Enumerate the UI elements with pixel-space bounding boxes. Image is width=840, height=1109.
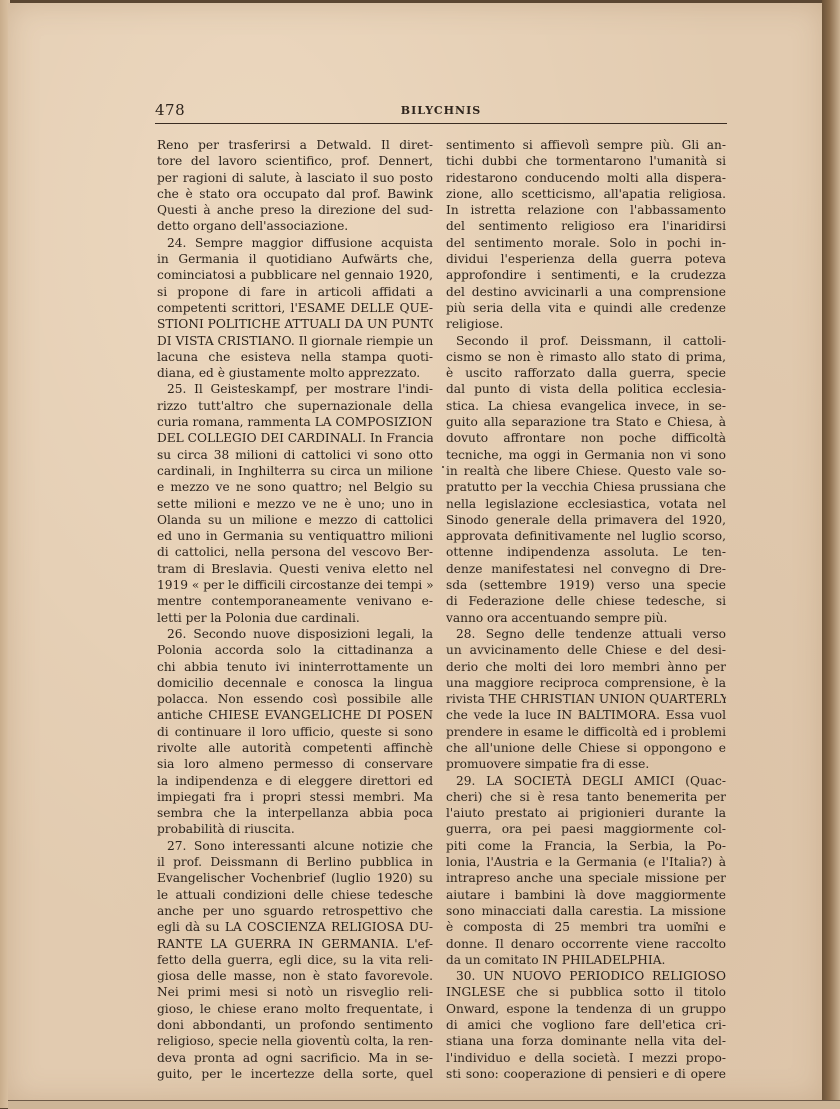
text-line: è composta di 25 membri tra uomini e — [446, 919, 726, 935]
text-line: di cattolici, nella persona del vescovo … — [157, 544, 433, 560]
text-line: detto organo dell'associazione. — [157, 218, 433, 234]
left-text-column: Reno per trasferirsi a Detwald. Il diret… — [157, 137, 433, 1082]
text-line: Secondo il prof. Deissmann, il cattoli- — [446, 333, 726, 349]
text-line: zione, allo scetticismo, all'apatia reli… — [446, 186, 726, 202]
text-line: un avvicinamento delle Chiese e del desi… — [446, 642, 726, 658]
text-line: che vede la luce IN BALTIMORA. Essa vuol — [446, 707, 726, 723]
text-line: 28. Segno delle tendenze attuali verso — [446, 626, 726, 642]
text-line: rivolte alle autorità competenti affinch… — [157, 740, 433, 756]
text-line: gioso, le chiese erano molto frequentate… — [157, 1001, 433, 1017]
text-line: donne. Il denaro occorrente viene raccol… — [446, 936, 726, 952]
text-line: pratutto per la vecchia Chiesa prussiana… — [446, 479, 726, 495]
text-line: tecniche, ma oggi in Germania non vi son… — [446, 447, 726, 463]
text-line: 25. Il Geisteskampf, per mostrare l'indi… — [157, 381, 433, 397]
text-line: dal punto di vista della politica eccles… — [446, 381, 726, 397]
running-title: BILYCHNIS — [155, 104, 727, 117]
text-line: domicilio decennale e conosca la lingua — [157, 675, 433, 691]
ink-speck — [442, 466, 444, 468]
text-line: su circa 38 milioni di cattolici vi sono… — [157, 447, 433, 463]
text-line: prendere in esame le difficoltà ed i pro… — [446, 724, 726, 740]
text-line: INGLESE che si pubblica sotto il titolo — [446, 984, 726, 1000]
text-line: denze manifestatesi nel convegno di Dre- — [446, 561, 726, 577]
text-line: vanno ora accentuando sempre più. — [446, 610, 726, 626]
text-line: Reno per trasferirsi a Detwald. Il diret… — [157, 137, 433, 153]
text-line: giosa delle masse, non è stato favorevol… — [157, 968, 433, 984]
text-line: che è stato ora occupato dal prof. Bawin… — [157, 186, 433, 202]
text-line: del sentimento morale. Solo in pochi in- — [446, 235, 726, 251]
text-line: 29. LA SOCIETÀ DEGLI AMICI (Quac- — [446, 773, 726, 789]
text-line: di continuare il loro ufficio, queste si… — [157, 724, 433, 740]
text-line: rivista THE CHRISTIAN UNION QUARTERLY — [446, 691, 726, 707]
text-line: diana, ed è giustamente molto apprezzato… — [157, 365, 433, 381]
text-line: ottenne indipendenza assoluta. Le ten- — [446, 544, 726, 560]
text-line: guito, per le incertezze della sorte, qu… — [157, 1066, 433, 1082]
text-line: egli dà su LA COSCIENZA RELIGIOSA DU- — [157, 919, 433, 935]
text-line: che all'unione delle Chiese si oppongono… — [446, 740, 726, 756]
text-line: e mezzo ve ne sono quattro; nel Belgio s… — [157, 479, 433, 495]
text-line: promuovere simpatie fra di esse. — [446, 756, 726, 772]
text-line: religiose. — [446, 316, 726, 332]
text-line: è uscito rafforzato dalla guerra, specie — [446, 365, 726, 381]
text-line: approvata definitivamente nel luglio sco… — [446, 528, 726, 544]
text-line: tichi dubbi che tormentarono l'umanità s… — [446, 153, 726, 169]
text-line: STIONI POLITICHE ATTUALI DA UN PUNTO — [157, 316, 433, 332]
text-line: dividui l'esperienza della guerra poteva — [446, 251, 726, 267]
text-line: chi abbia tenuto ivi ininterrottamente u… — [157, 659, 433, 675]
text-line: intrapreso anche una speciale missione p… — [446, 870, 726, 886]
text-line: letti per la Polonia due cardinali. — [157, 610, 433, 626]
text-line: tore del lavoro scientifico, prof. Denne… — [157, 153, 433, 169]
text-line: Nei primi mesi si notò un risveglio reli… — [157, 984, 433, 1000]
text-line: cismo se non è rimasto allo stato di pri… — [446, 349, 726, 365]
text-line: mentre contemporaneamente venivano e- — [157, 593, 433, 609]
text-line: 30. UN NUOVO PERIODICO RELIGIOSO — [446, 968, 726, 984]
text-line: competenti scrittori, l'ESAME DELLE QUE- — [157, 300, 433, 316]
text-line: 26. Secondo nuove disposizioni legali, l… — [157, 626, 433, 642]
text-line: curia romana, rammenta LA COMPOSIZIONE — [157, 414, 433, 430]
text-line: da un comitato IN PHILADELPHIA. — [446, 952, 726, 968]
text-line: una maggiore reciproca comprensione, è l… — [446, 675, 726, 691]
text-line: sia loro almeno permesso di conservare — [157, 756, 433, 772]
page-bottom-edge — [8, 1100, 840, 1108]
text-line: ridestarono conducendo molti alla disper… — [446, 170, 726, 186]
text-line: in Germania il quotidiano Aufwärts che, — [157, 251, 433, 267]
text-line: impiegati fra i propri stessi membri. Ma — [157, 789, 433, 805]
text-line: doni abbondanti, un profondo sentimento — [157, 1017, 433, 1033]
text-line: Sinodo generale della primavera del 1920… — [446, 512, 726, 528]
text-line: sono minacciati dalla carestia. La missi… — [446, 903, 726, 919]
text-line: più seria della vita e quindi alle crede… — [446, 300, 726, 316]
text-line: fetto della guerra, egli dice, su la vit… — [157, 952, 433, 968]
text-line: stica. La chiesa evangelica invece, in s… — [446, 398, 726, 414]
text-line: deva pronta ad ogni sacrificio. Ma in se… — [157, 1050, 433, 1066]
book-right-edge — [822, 0, 840, 1108]
page-header: 478 BILYCHNIS — [155, 99, 727, 124]
text-line: religioso, specie nella gioventù colta, … — [157, 1033, 433, 1049]
text-line: cominciatosi a pubblicare nel gennaio 19… — [157, 267, 433, 283]
text-line: 1919 « per le difficili circostanze dei … — [157, 577, 433, 593]
text-line: DI VISTA CRISTIANO. Il giornale riempie … — [157, 333, 433, 349]
right-text-column: sentimento si affievolì sempre più. Gli … — [446, 137, 726, 1082]
text-line: per ragioni di salute, à lasciato il suo… — [157, 170, 433, 186]
text-line: cheri) che si è resa tanto benemerita pe… — [446, 789, 726, 805]
text-line: del sentimento religioso era l'inaridirs… — [446, 218, 726, 234]
text-line: lonia, l'Austria e la Germania (e l'Ital… — [446, 854, 726, 870]
text-line: rizzo tutt'altro che supernazionale dell… — [157, 398, 433, 414]
text-line: polacca. Non essendo così possibile alle — [157, 691, 433, 707]
text-line: guerra, ora pei paesi maggiormente col- — [446, 821, 726, 837]
text-line: le attuali condizioni delle chiese tedes… — [157, 887, 433, 903]
text-line: l'aiuto prestato ai prigionieri durante … — [446, 805, 726, 821]
text-line: 24. Sempre maggior diffusione acquista — [157, 235, 433, 251]
text-line: stiana una forza dominante nella vita de… — [446, 1033, 726, 1049]
text-line: sentimento si affievolì sempre più. Gli … — [446, 137, 726, 153]
text-line: di Federazione delle chiese tedesche, si — [446, 593, 726, 609]
text-line: 27. Sono interessanti alcune notizie che — [157, 838, 433, 854]
text-line: ed uno in Germania su ventiquattro milio… — [157, 528, 433, 544]
text-line: in realtà che libere Chiese. Questo vale… — [446, 463, 726, 479]
text-line: di amici che vogliono fare dell'etica cr… — [446, 1017, 726, 1033]
text-line: Questi à anche preso la direzione del su… — [157, 202, 433, 218]
text-line: dovuto affrontare non poche difficoltà — [446, 430, 726, 446]
text-line: sda (settembre 1919) verso una specie — [446, 577, 726, 593]
text-line: piti come la Francia, la Serbia, la Po- — [446, 838, 726, 854]
text-line: Polonia accorda solo la cittadinanza a — [157, 642, 433, 658]
ink-speck — [696, 922, 698, 924]
text-line: sette milioni e mezzo ve ne è uno; uno i… — [157, 496, 433, 512]
text-line: In istretta relazione con l'abbassamento — [446, 202, 726, 218]
text-line: aiutare i bambini là dove maggiormente — [446, 887, 726, 903]
text-line: lacuna che esisteva nella stampa quoti- — [157, 349, 433, 365]
text-line: tram di Breslavia. Questi veniva eletto … — [157, 561, 433, 577]
text-line: cardinali, in Inghilterra su circa un mi… — [157, 463, 433, 479]
text-line: derio che molti dei loro membri ànno per — [446, 659, 726, 675]
text-line: probabilità di riuscita. — [157, 821, 433, 837]
text-line: la indipendenza e di eleggere direttori … — [157, 773, 433, 789]
text-line: approfondire i sentimenti, e la crudezza — [446, 267, 726, 283]
text-line: RANTE LA GUERRA IN GERMANIA. L'ef- — [157, 936, 433, 952]
text-line: si propone di fare in articoli affidati … — [157, 284, 433, 300]
text-line: l'individuo e della società. I mezzi pro… — [446, 1050, 726, 1066]
text-line: Onward, espone la tendenza di un gruppo — [446, 1001, 726, 1017]
text-line: sti sono: cooperazione di pensieri e di … — [446, 1066, 726, 1082]
text-line: il prof. Deissmann di Berlino pubblica i… — [157, 854, 433, 870]
text-line: Olanda su un milione e mezzo di cattolic… — [157, 512, 433, 528]
text-line: nella legislazione ecclesiastica, votata… — [446, 496, 726, 512]
text-line: anche per uno sguardo retrospettivo che — [157, 903, 433, 919]
ink-speck — [408, 946, 410, 948]
text-line: sembra che la interpellanza abbia poca — [157, 805, 433, 821]
text-line: Evangelischer Vochenbrief (luglio 1920) … — [157, 870, 433, 886]
text-line: antiche CHIESE EVANGELICHE DI POSEN — [157, 707, 433, 723]
text-line: guito alla separazione tra Stato e Chies… — [446, 414, 726, 430]
text-line: del destino avvicinarli a una comprensio… — [446, 284, 726, 300]
text-line: DEL COLLEGIO DEI CARDINALI. In Francia, — [157, 430, 433, 446]
